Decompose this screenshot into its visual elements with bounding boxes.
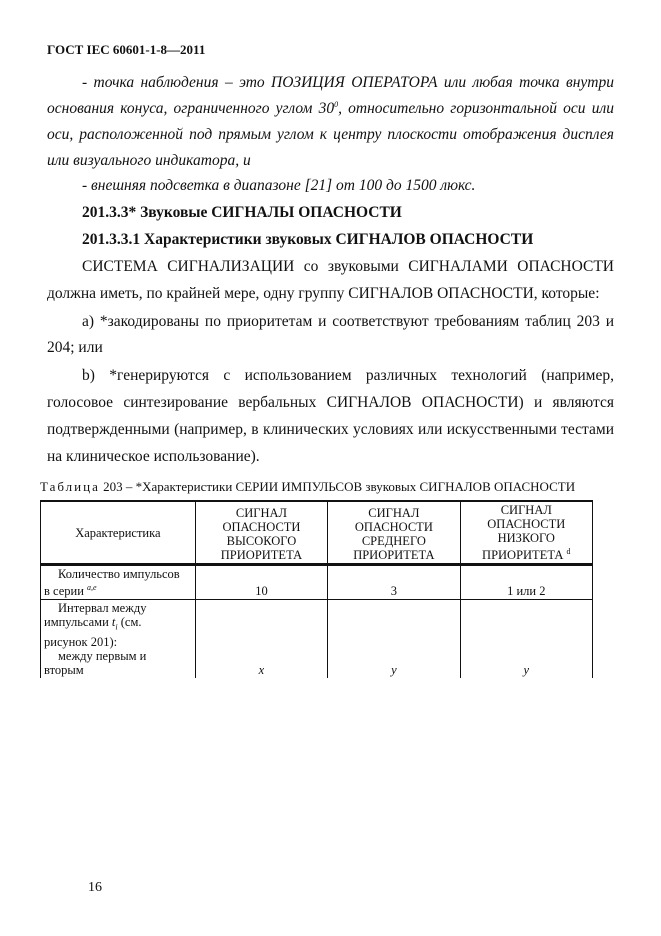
list-item-a: 204; или: [47, 339, 103, 357]
header-high-priority: СИГНАЛОПАСНОСТИВЫСОКОГОПРИОРИТЕТА: [195, 501, 327, 565]
list-item-b: b) *генерируются с использованием различ…: [82, 367, 614, 385]
document-header: ГОСТ IEC 60601-1-8—2011: [47, 42, 205, 58]
alarm-characteristics-table: Характеристика СИГНАЛОПАСНОСТИВЫСОКОГОПР…: [40, 500, 593, 678]
subsection-heading: 201.3.3.1 Характеристики звуковых СИГНАЛ…: [82, 231, 533, 249]
row-label: Интервал междуимпульсами ti (см.рисунок …: [41, 600, 196, 678]
header-medium-priority: СИГНАЛОПАСНОСТИСРЕДНЕГОПРИОРИТЕТА: [328, 501, 460, 565]
cell-medium: y: [328, 600, 460, 678]
list-item-a: а) *закодированы по приоритетам и соотве…: [82, 313, 614, 331]
paragraph-line: - внешняя подсветка в диапазоне [21] от …: [82, 177, 475, 195]
paragraph-line: оси, расположенной под прямым углом к це…: [47, 126, 614, 144]
header-low-priority: СИГНАЛОПАСНОСТИНИЗКОГОПРИОРИТЕТА d: [460, 501, 592, 565]
paragraph-line: или визуального индикатора, и: [47, 152, 251, 170]
paragraph-line: должна иметь, по крайней мере, одну груп…: [47, 285, 600, 303]
table-header-row: Характеристика СИГНАЛОПАСНОСТИВЫСОКОГОПР…: [41, 501, 593, 565]
section-heading: 201.3.3* Звуковые СИГНАЛЫ ОПАСНОСТИ: [82, 204, 402, 222]
cell-low: y: [460, 600, 592, 678]
table-row: Интервал междуимпульсами ti (см.рисунок …: [41, 600, 593, 678]
list-item-b: голосовое синтезирование вербальных СИГН…: [47, 394, 614, 412]
paragraph-line: - точка наблюдения – это ПОЗИЦИЯ ОПЕРАТО…: [82, 74, 614, 92]
table-caption: Таблица 203 – *Характеристики СЕРИИ ИМПУ…: [40, 479, 575, 495]
paragraph-line: СИСТЕМА СИГНАЛИЗАЦИИ со звуковыми СИГНАЛ…: [82, 258, 614, 276]
row-label: Количество импульсовв серии a,e: [41, 565, 196, 600]
cell-high: x: [195, 600, 327, 678]
header-characteristic: Характеристика: [41, 501, 196, 565]
paragraph-line: основания конуса, ограниченного углом 30…: [47, 100, 614, 118]
table-row: Количество импульсовв серии a,e 10 3 1 и…: [41, 565, 593, 600]
cell-medium: 3: [328, 565, 460, 600]
list-item-b: подтвержденными (например, в клинических…: [47, 421, 614, 439]
cell-low: 1 или 2: [460, 565, 592, 600]
page-number: 16: [88, 880, 102, 896]
list-item-b: на клиническое использование).: [47, 448, 260, 466]
cell-high: 10: [195, 565, 327, 600]
